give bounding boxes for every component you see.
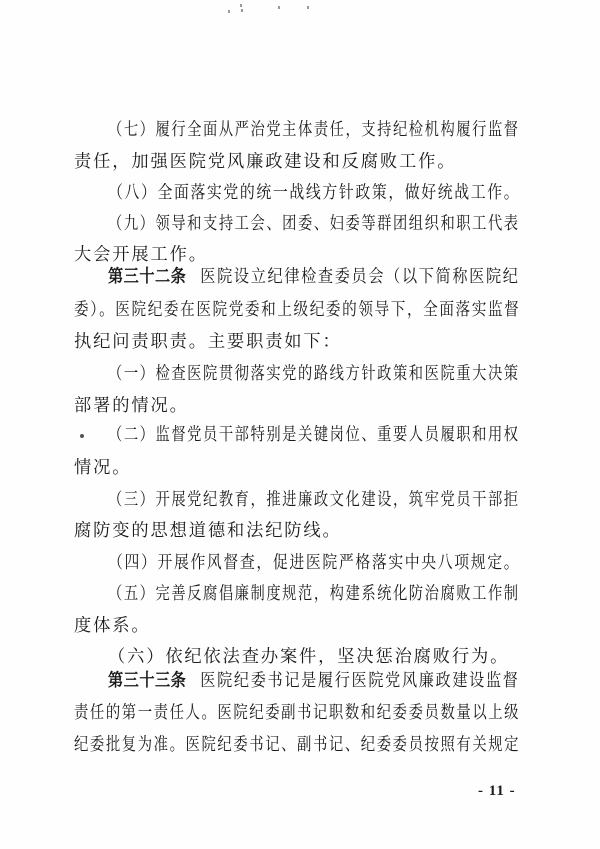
article-text: 医院纪委书记是履行医院党风廉政建设监督 <box>200 671 519 691</box>
text-line: （七）履行全面从严治党主体责任，支持纪检机构履行监督 <box>108 117 449 143</box>
text-line: （四）开展作风督查，促进医院严格落实中央八项规定。 <box>108 550 464 576</box>
text-line: （一）检查医院贯彻落实党的路线方针政策和医院重大决策 <box>108 361 449 387</box>
text-line: （五）完善反腐倡廉制度规范，构建系统化防治腐败工作制 <box>108 581 449 607</box>
scan-artifact <box>228 10 230 13</box>
article-32-first-line: 第三十二条医院设立纪律检查委员会（以下简称医院纪 <box>108 264 470 290</box>
article-heading: 第三十二条 <box>108 267 186 287</box>
article-text: 医院设立纪律检查委员会（以下简称医院纪 <box>200 267 519 287</box>
scan-artifact <box>307 6 309 9</box>
text-line: 委）。医院纪委在医院党委和上级纪委的领导下，全面落实监督 <box>74 297 452 323</box>
text-line: 纪委批复为准。医院纪委书记、副书记、纪委委员按照有关规定 <box>74 732 446 758</box>
text-line: （八）全面落实党的统一战线方针政策，做好统战工作。 <box>108 180 464 206</box>
scan-artifact <box>241 9 243 12</box>
text-line: 执纪问责职责。主要职责如下： <box>74 329 520 355</box>
article-33-first-line: 第三十三条医院纪委书记是履行医院党风廉政建设监督 <box>108 668 470 694</box>
text-line: （六）依纪依法查办案件，坚决惩治腐败行为。 <box>108 644 520 670</box>
text-line: 腐防变的思想道德和法纪防线。 <box>74 518 520 544</box>
text-line: 责任的第一责任人。医院纪委副书记职数和纪委委员数量以上级 <box>74 700 446 726</box>
text-line: （三）开展党纪教育，推进廉政文化建设，筑牢党员干部拒 <box>108 487 449 513</box>
scan-artifact <box>240 4 242 7</box>
stray-mark <box>80 434 84 438</box>
text-line: （九）领导和支持工会、团委、妇委等群团组织和职工代表 <box>108 211 449 237</box>
scan-artifact <box>278 6 280 9</box>
document-page: （七）履行全面从严治党主体责任，支持纪检机构履行监督 责任，加强医院党风廉政建设… <box>0 0 600 849</box>
text-line: 度体系。 <box>74 613 520 639</box>
text-line: 责任，加强医院党风廉政建设和反腐败工作。 <box>74 149 520 175</box>
text-line: 部署的情况。 <box>74 393 520 419</box>
page-number: - 11 - <box>478 783 516 800</box>
text-line: 情况。 <box>74 455 520 481</box>
article-heading: 第三十三条 <box>108 671 186 691</box>
text-line: （二）监督党员干部特别是关键岗位、重要人员履职和用权 <box>108 422 449 448</box>
